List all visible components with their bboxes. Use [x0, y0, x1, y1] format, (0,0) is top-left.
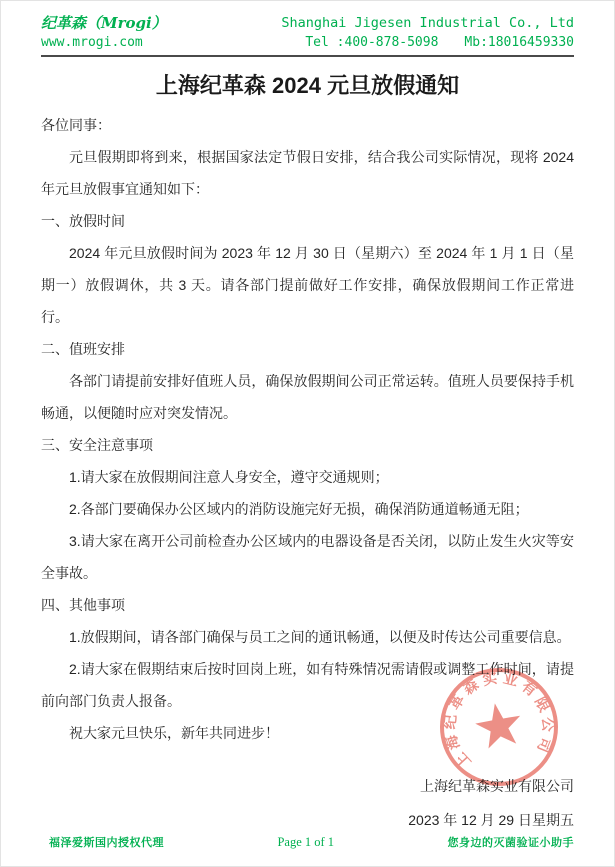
salutation: 各位同事：	[41, 109, 574, 141]
company-name-english: Shanghai Jigesen Industrial Co., Ltd	[281, 13, 574, 34]
contact-line: Tel :400-878-5098Mb:18016459330	[281, 34, 574, 52]
section-3-item-2: 2.各部门要确保办公区域内的消防设施完好无损，确保消防通道畅通无阻；	[41, 493, 574, 525]
mobile-number: Mb:18016459330	[464, 35, 574, 50]
document-title: 上海纪革森 2024 元旦放假通知	[41, 71, 574, 101]
section-2-paragraph: 各部门请提前安排好值班人员，确保放假期间公司正常运转。值班人员要保持手机畅通，以…	[41, 365, 574, 429]
footer-agent-text: 福泽爱斯国内授权代理	[41, 834, 164, 850]
notice-document-page: 纪革森（Mrogi） www.mrogi.com Shanghai Jigese…	[0, 0, 615, 867]
signature-date: 2023 年 12 月 29 日星期五	[41, 803, 574, 837]
page-number: Page 1 of 1	[277, 835, 334, 850]
section-3-item-3: 3.请大家在离开公司前检查办公区域内的电器设备是否关闭，以防止发生火灾等安全事故…	[41, 525, 574, 589]
section-1-heading: 一、放假时间	[41, 205, 574, 237]
section-2-heading: 二、值班安排	[41, 333, 574, 365]
signature-company: 上海纪革森实业有限公司	[41, 769, 574, 803]
document-body: 各位同事： 元旦假期即将到来，根据国家法定节假日安排，结合我公司实际情况，现将 …	[41, 109, 574, 749]
section-3-item-1: 1.请大家在放假期间注意人身安全，遵守交通规则；	[41, 461, 574, 493]
brand-name: 纪革森（Mrogi）	[41, 13, 167, 34]
section-4-item-1: 1.放假期间，请各部门确保与员工之间的通讯畅通，以便及时传达公司重要信息。	[41, 621, 574, 653]
page-footer: 福泽爱斯国内授权代理 Page 1 of 1 您身边的灭菌验证小助手	[41, 834, 574, 850]
section-4-item-2: 2.请大家在假期结束后按时回岗上班，如有特殊情况需请假或调整工作时间，请提前向部…	[41, 653, 574, 717]
footer-slogan-text: 您身边的灭菌验证小助手	[448, 834, 575, 850]
section-1-paragraph: 2024 年元旦放假时间为 2023 年 12 月 30 日（星期六）至 202…	[41, 237, 574, 333]
letterhead-right: Shanghai Jigesen Industrial Co., Ltd Tel…	[281, 13, 574, 52]
intro-paragraph: 元旦假期即将到来，根据国家法定节假日安排，结合我公司实际情况，现将 2024 年…	[41, 141, 574, 205]
brand-website: www.mrogi.com	[41, 34, 167, 52]
section-3-heading: 三、安全注意事项	[41, 429, 574, 461]
signature-block: 上海纪革森实业有限公司 2023 年 12 月 29 日星期五	[41, 769, 574, 837]
closing-wish: 祝大家元旦快乐，新年共同进步！	[41, 717, 574, 749]
letterhead-left: 纪革森（Mrogi） www.mrogi.com	[41, 13, 167, 52]
telephone-number: Tel :400-878-5098	[305, 35, 438, 50]
letterhead: 纪革森（Mrogi） www.mrogi.com Shanghai Jigese…	[41, 13, 574, 57]
section-4-heading: 四、其他事项	[41, 589, 574, 621]
